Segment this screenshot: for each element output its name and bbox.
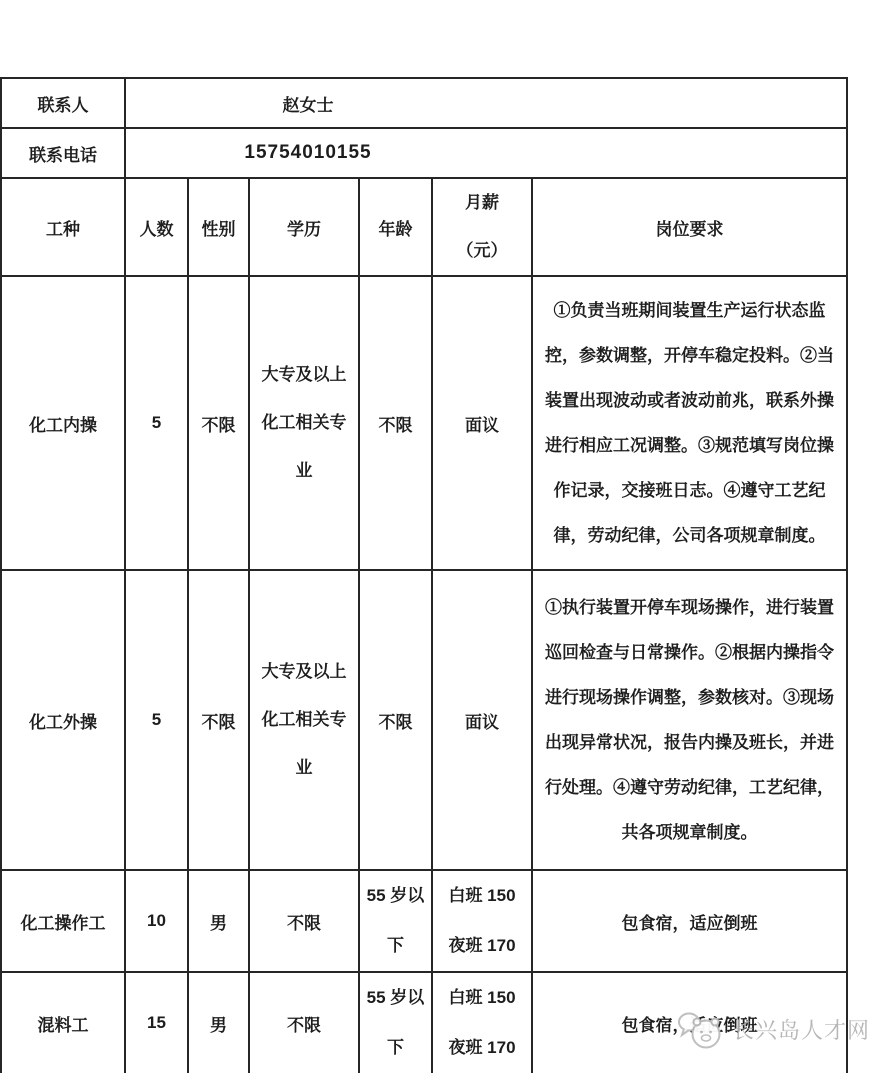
job-education: 大专及以上 化工相关专 业	[249, 276, 359, 570]
job-title: 混料工	[1, 972, 125, 1073]
contact-label: 联系人	[1, 78, 125, 128]
job-age: 不限	[359, 570, 432, 870]
job-posting-table-container: 联系人 赵女士 联系电话 15754010155 工种 人数 性别 学历 年龄 …	[0, 77, 847, 1073]
job-salary: 白班 150 夜班 170	[432, 972, 532, 1073]
job-title: 化工操作工	[1, 870, 125, 972]
column-header-job: 工种	[1, 178, 125, 276]
table-row: 化工内操 5 不限 大专及以上 化工相关专 业 不限 面议 ①负责当班期间装置生…	[1, 276, 847, 570]
job-education: 不限	[249, 972, 359, 1073]
job-requirements: 包食宿，适应倒班	[532, 870, 847, 972]
job-education: 大专及以上 化工相关专 业	[249, 570, 359, 870]
job-salary: 面议	[432, 276, 532, 570]
job-gender: 不限	[188, 570, 249, 870]
job-gender: 男	[188, 870, 249, 972]
job-requirements: ①执行装置开停车现场操作，进行装置巡回检查与日常操作。②根据内操指令进行现场操作…	[532, 570, 847, 870]
column-header-gender: 性别	[188, 178, 249, 276]
job-education: 不限	[249, 870, 359, 972]
job-posting-table: 联系人 赵女士 联系电话 15754010155 工种 人数 性别 学历 年龄 …	[0, 77, 848, 1073]
contact-row: 联系人 赵女士	[1, 78, 847, 128]
table-row: 化工操作工 10 男 不限 55 岁以 下 白班 150 夜班 170 包食宿，…	[1, 870, 847, 972]
contact-value: 赵女士	[130, 91, 486, 116]
table-row: 混料工 15 男 不限 55 岁以 下 白班 150 夜班 170 包食宿，适应…	[1, 972, 847, 1073]
column-header-salary: 月薪 （元）	[432, 178, 532, 276]
job-headcount: 15	[125, 972, 188, 1073]
table-row: 化工外操 5 不限 大专及以上 化工相关专 业 不限 面议 ①执行装置开停车现场…	[1, 570, 847, 870]
column-header-age: 年龄	[359, 178, 432, 276]
job-title: 化工内操	[1, 276, 125, 570]
job-salary: 面议	[432, 570, 532, 870]
phone-value: 15754010155	[130, 142, 486, 164]
column-header-requirements: 岗位要求	[532, 178, 847, 276]
job-headcount: 10	[125, 870, 188, 972]
job-gender: 男	[188, 972, 249, 1073]
job-requirements: 包食宿，适应倒班	[532, 972, 847, 1073]
phone-value-cell: 15754010155	[125, 128, 847, 178]
column-header-headcount: 人数	[125, 178, 188, 276]
job-age: 55 岁以 下	[359, 972, 432, 1073]
job-age: 不限	[359, 276, 432, 570]
phone-label: 联系电话	[1, 128, 125, 178]
column-header-education: 学历	[249, 178, 359, 276]
job-age: 55 岁以 下	[359, 870, 432, 972]
table-header-row: 工种 人数 性别 学历 年龄 月薪 （元） 岗位要求	[1, 178, 847, 276]
job-salary: 白班 150 夜班 170	[432, 870, 532, 972]
job-headcount: 5	[125, 570, 188, 870]
job-requirements: ①负责当班期间装置生产运行状态监控，参数调整，开停车稳定投料。②当装置出现波动或…	[532, 276, 847, 570]
job-title: 化工外操	[1, 570, 125, 870]
phone-row: 联系电话 15754010155	[1, 128, 847, 178]
contact-value-cell: 赵女士	[125, 78, 847, 128]
job-gender: 不限	[188, 276, 249, 570]
job-headcount: 5	[125, 276, 188, 570]
